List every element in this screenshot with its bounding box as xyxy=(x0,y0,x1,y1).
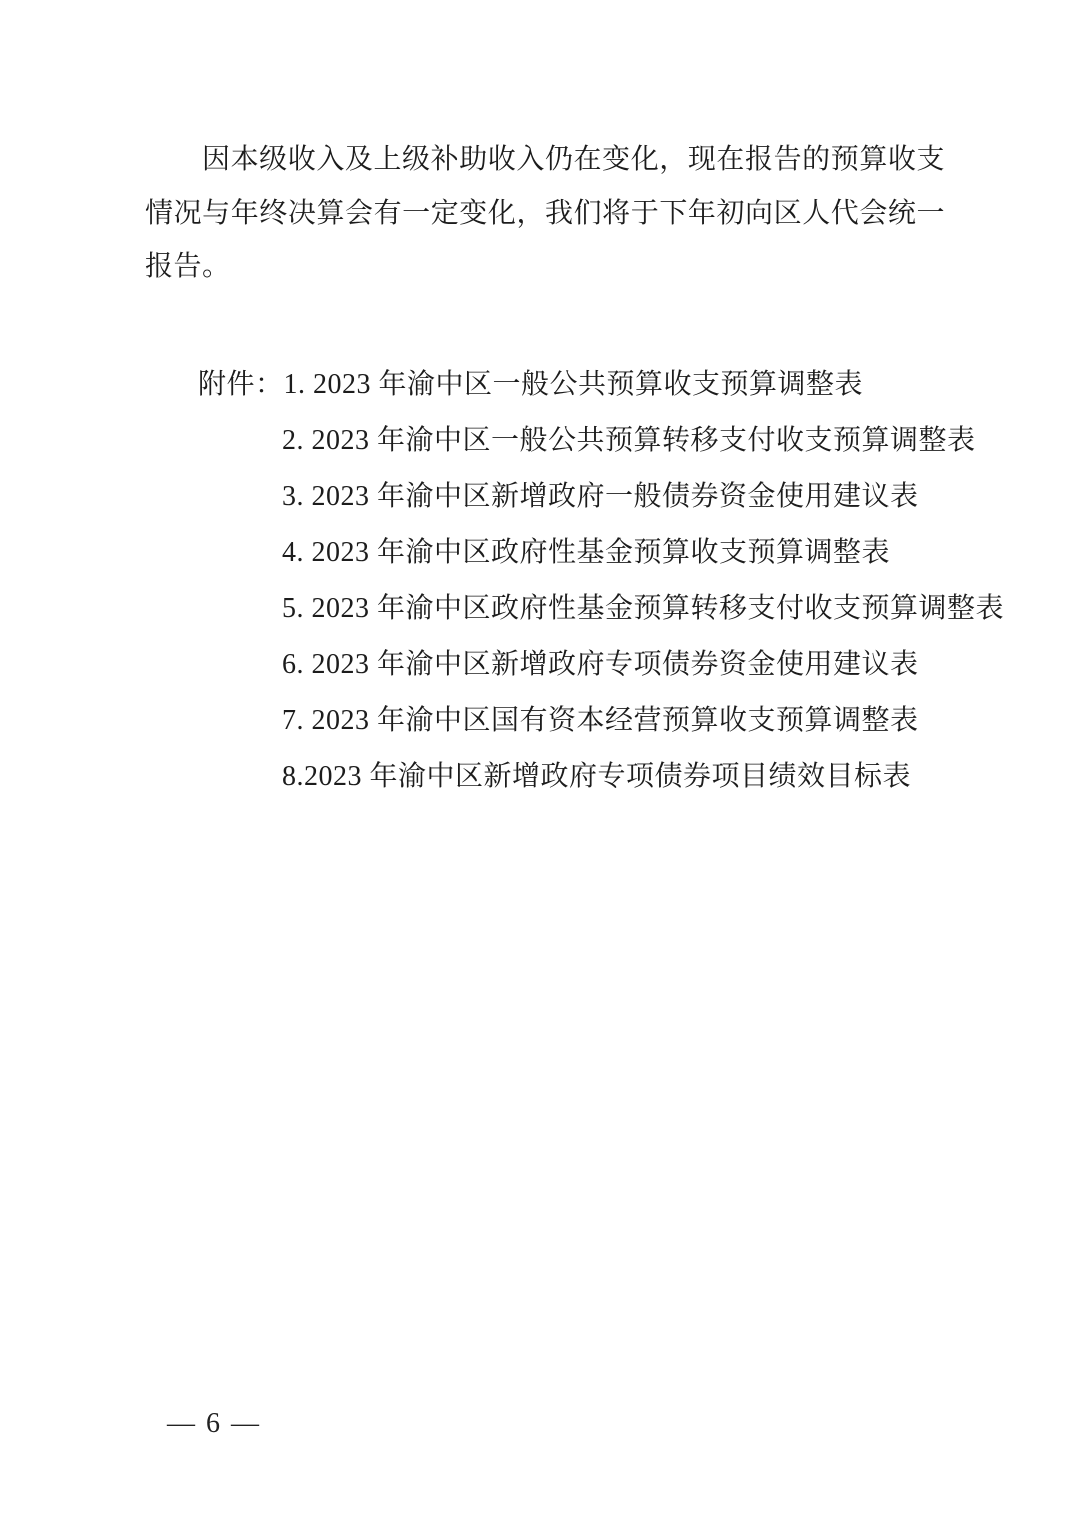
attachment-item-4: 4. 2023 年渝中区政府性基金预算收支预算调整表 xyxy=(198,525,988,581)
attachment-item-8: 8.2023 年渝中区新增政府专项债券项目绩效目标表 xyxy=(198,749,988,805)
attachments-list: 附件：1. 2023 年渝中区一般公共预算收支预算调整表 2. 2023 年渝中… xyxy=(198,357,988,805)
closing-paragraph: 因本级收入及上级补助收入仍在变化，现在报告的预算收支情况与年终决算会有一定变化，… xyxy=(145,133,945,294)
attachment-item-6: 6. 2023 年渝中区新增政府专项债券资金使用建议表 xyxy=(198,637,988,693)
attachments-label: 附件： xyxy=(198,357,284,413)
attachment-item-3: 3. 2023 年渝中区新增政府一般债券资金使用建议表 xyxy=(198,469,988,525)
attachment-item-1: 附件：1. 2023 年渝中区一般公共预算收支预算调整表 xyxy=(198,357,988,413)
attachment-item-5: 5. 2023 年渝中区政府性基金预算转移支付收支预算调整表 xyxy=(198,581,988,637)
attachment-item-1-text: 1. 2023 年渝中区一般公共预算收支预算调整表 xyxy=(284,369,864,400)
page-number: — 6 — xyxy=(167,1410,261,1438)
attachment-item-2: 2. 2023 年渝中区一般公共预算转移支付收支预算调整表 xyxy=(198,413,988,469)
document-page: 因本级收入及上级补助收入仍在变化，现在报告的预算收支情况与年终决算会有一定变化，… xyxy=(0,0,1074,1520)
attachment-item-7: 7. 2023 年渝中区国有资本经营预算收支预算调整表 xyxy=(198,693,988,749)
